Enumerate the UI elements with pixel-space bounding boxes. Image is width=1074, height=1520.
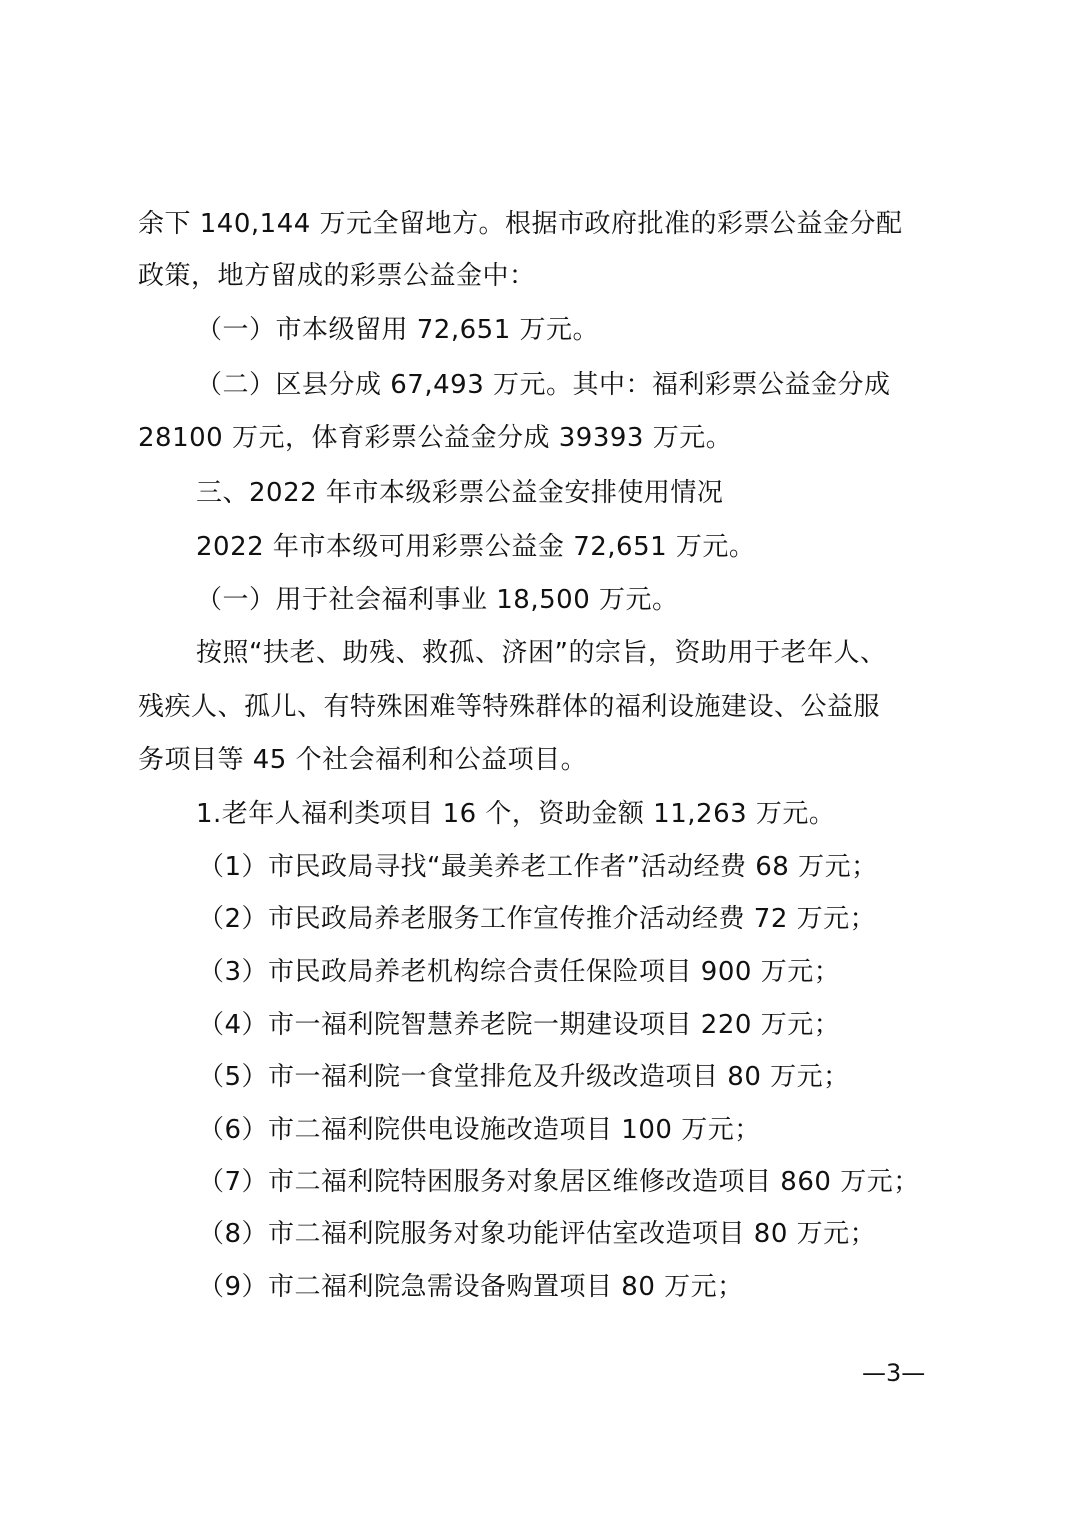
list-item: （7）市二福利院特困服务对象居区维修改造项目 860 万元； (198, 1165, 998, 1199)
paragraph-line: 政策，地方留成的彩票公益金中： (138, 259, 938, 293)
page-number: —3— (862, 1358, 925, 1388)
list-item: （5）市一福利院一食堂排危及升级改造项目 80 万元； (198, 1060, 998, 1094)
subsection-heading: （一）用于社会福利事业 18,500 万元。 (196, 583, 996, 617)
list-item: （9）市二福利院急需设备购置项目 80 万元； (198, 1270, 998, 1304)
paragraph-line: 残疾人、孤儿、有特殊困难等特殊群体的福利设施建设、公益服 (138, 690, 938, 724)
paragraph-line: 2022 年市本级可用彩票公益金 72,651 万元。 (196, 530, 996, 564)
list-item: （2）市民政局养老服务工作宣传推介活动经费 72 万元； (198, 902, 998, 936)
list-item: （4）市一福利院智慧养老院一期建设项目 220 万元； (198, 1008, 998, 1042)
list-item: （1）市民政局寻找“最美养老工作者”活动经费 68 万元； (198, 850, 998, 884)
paragraph-line: 余下 140,144 万元全留地方。根据市政府批准的彩票公益金分配 (138, 207, 938, 241)
paragraph-line: 28100 万元，体育彩票公益金分成 39393 万元。 (138, 421, 938, 455)
list-item-section-1: （一）市本级留用 72,651 万元。 (196, 313, 996, 347)
list-item: （6）市二福利院供电设施改造项目 100 万元； (198, 1113, 998, 1147)
list-item-section-2: （二）区县分成 67,493 万元。其中：福利彩票公益金分成 (196, 368, 996, 402)
list-item: （8）市二福利院服务对象功能评估室改造项目 80 万元； (198, 1217, 998, 1251)
section-heading: 三、2022 年市本级彩票公益金安排使用情况 (196, 476, 996, 510)
paragraph-line: 按照“扶老、助残、救孤、济困”的宗旨，资助用于老年人、 (196, 636, 996, 670)
document-page: 余下 140,144 万元全留地方。根据市政府批准的彩票公益金分配 政策，地方留… (0, 0, 1074, 1520)
list-item: （3）市民政局养老机构综合责任保险项目 900 万元； (198, 955, 998, 989)
category-heading: 1.老年人福利类项目 16 个，资助金额 11,263 万元。 (196, 797, 996, 831)
paragraph-line: 务项目等 45 个社会福利和公益项目。 (138, 743, 938, 777)
